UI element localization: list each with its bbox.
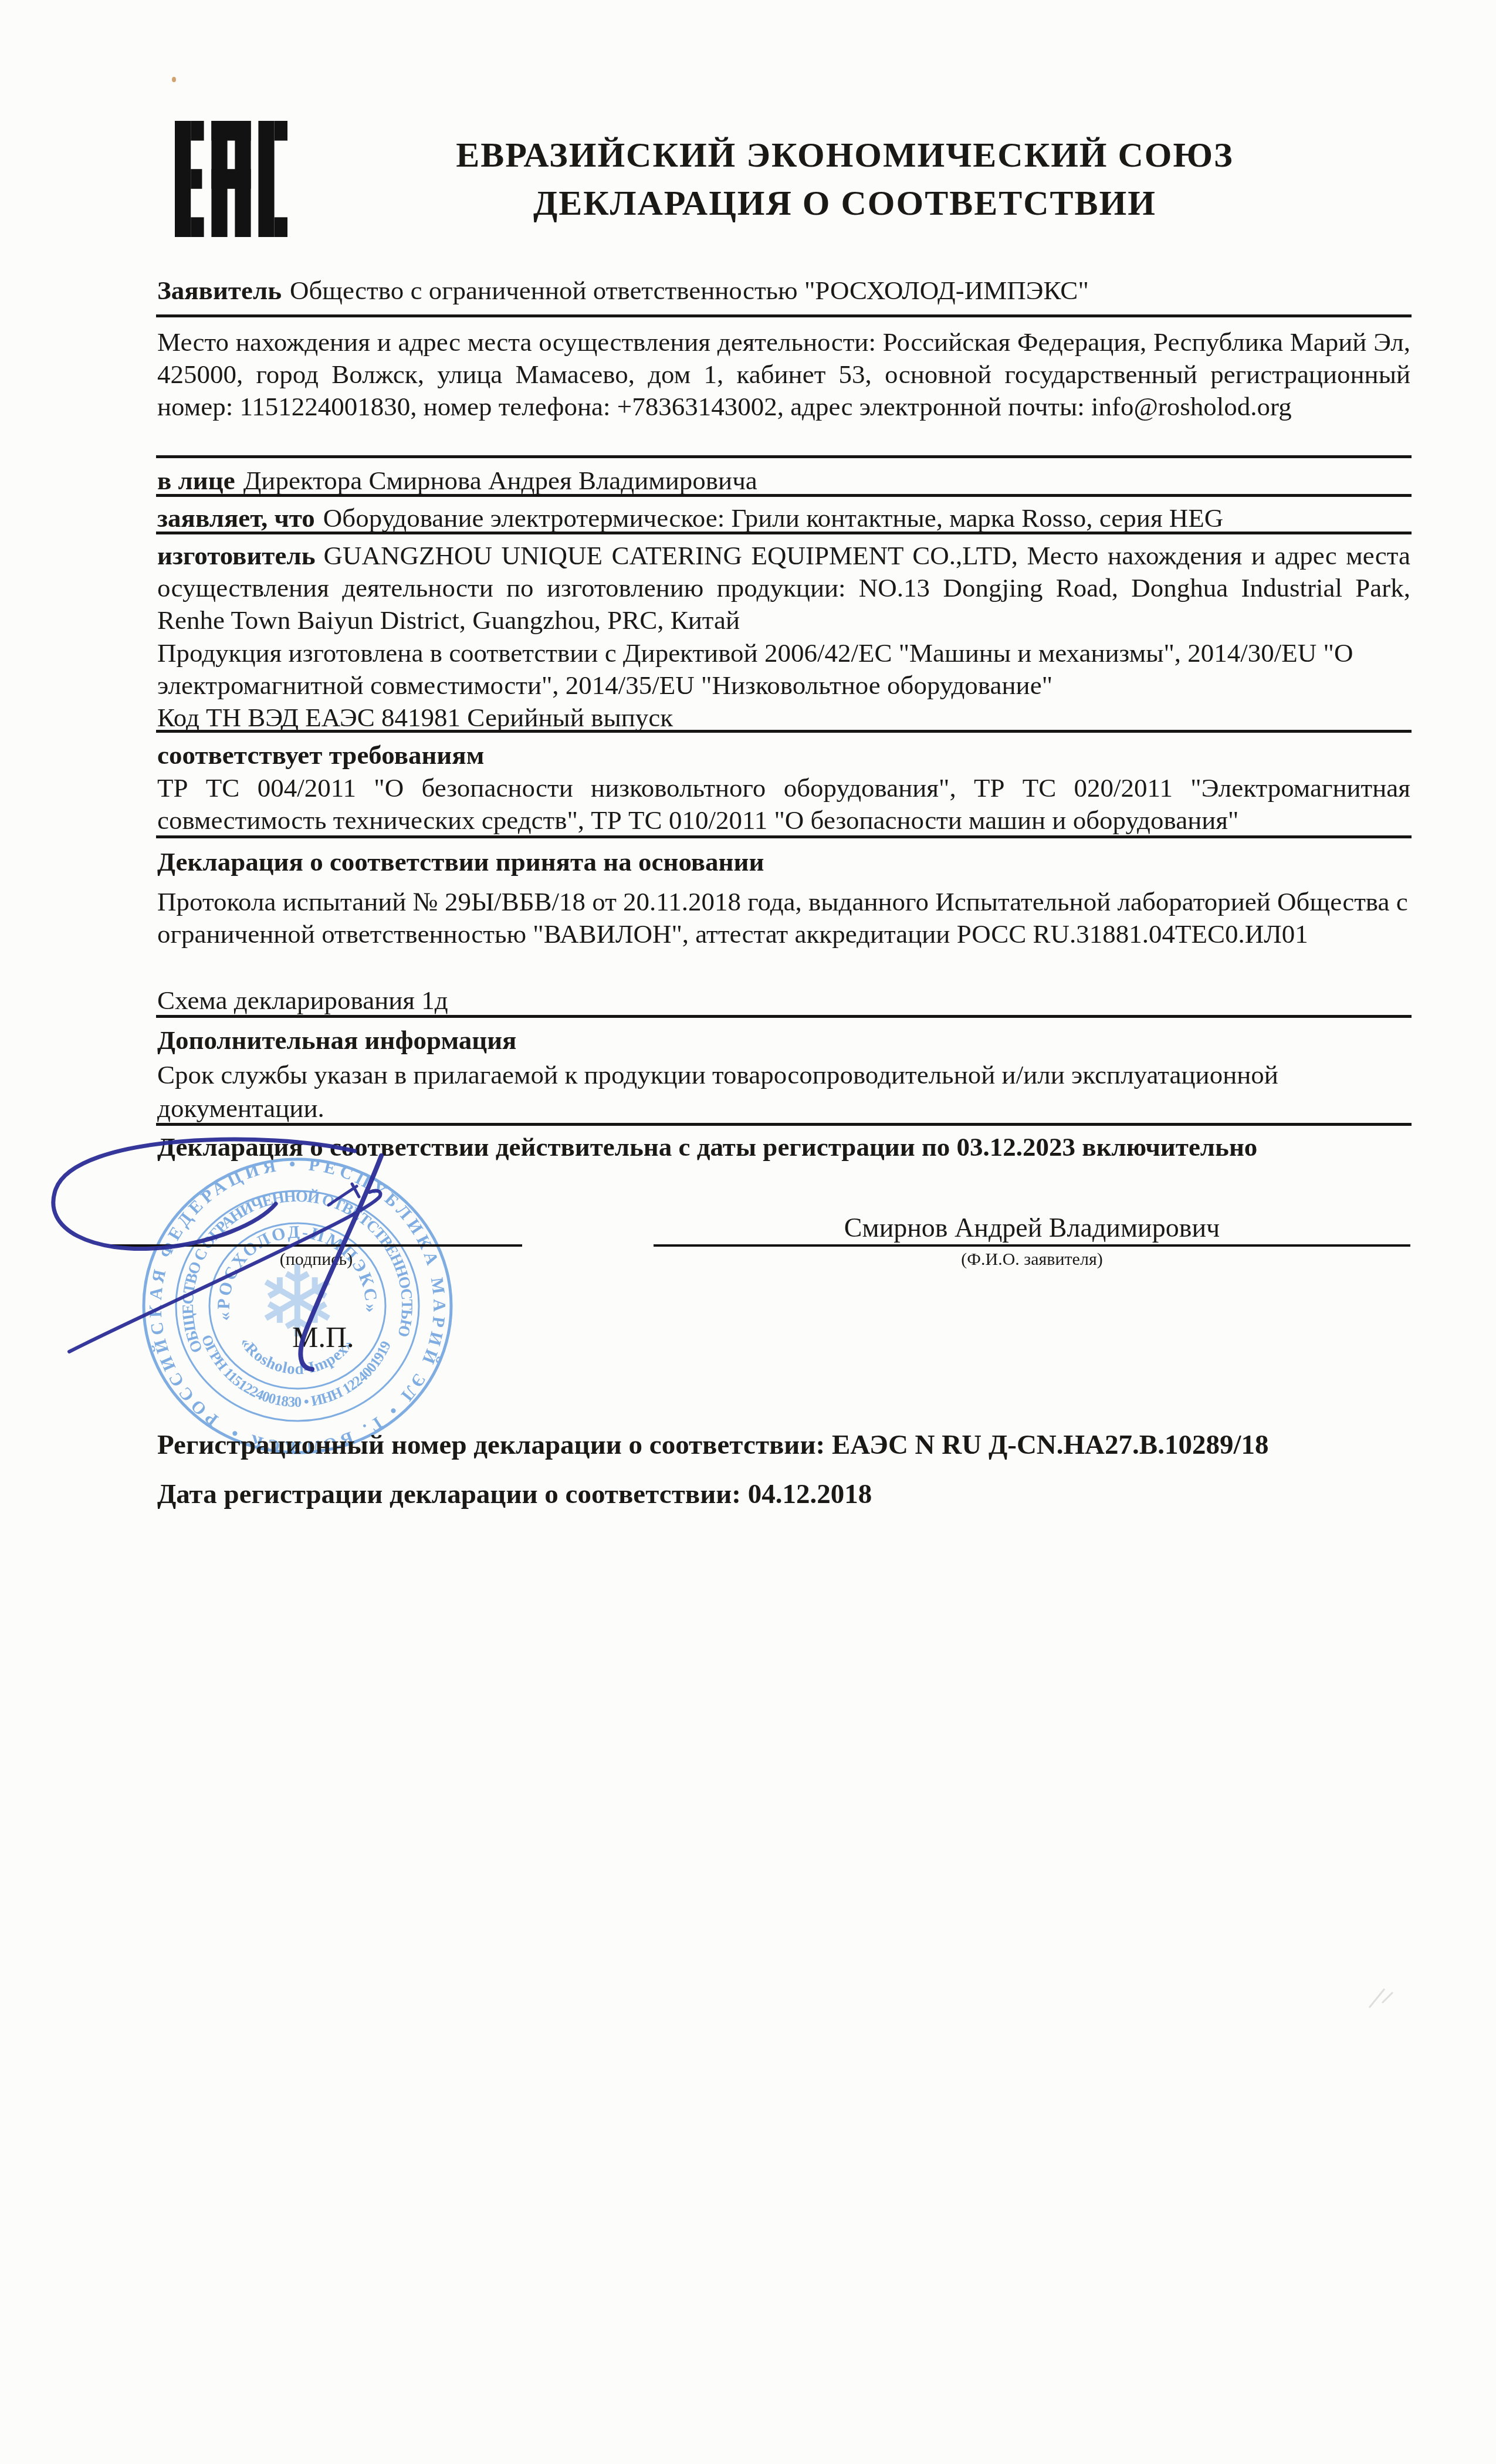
- applicant-label: Заявитель: [157, 276, 282, 305]
- declaration-page: ЕВРАЗИЙСКИЙ ЭКОНОМИЧЕСКИЙ СОЮЗ ДЕКЛАРАЦИ…: [0, 0, 1496, 2464]
- in-person-value: Директора Смирнова Андрея Владимировича: [243, 466, 757, 495]
- document-title: ЕВРАЗИЙСКИЙ ЭКОНОМИЧЕСКИЙ СОЮЗ ДЕКЛАРАЦИ…: [317, 133, 1373, 225]
- signer-name: Смирнов Андрей Владимирович: [654, 1212, 1410, 1243]
- basis-paragraph: Протокола испытаний № 29Ы/ВБВ/18 от 20.1…: [157, 886, 1410, 950]
- corresponds-heading: соответствует требованиям: [157, 739, 1410, 771]
- in-person-label: в лице: [157, 466, 235, 495]
- handwritten-signature: [23, 1128, 481, 1380]
- applicant-value: Общество с ограниченной ответственностью…: [290, 276, 1089, 305]
- title-declaration: ДЕКЛАРАЦИЯ О СООТВЕТСТВИИ: [317, 181, 1373, 225]
- eac-logo: [175, 121, 287, 237]
- declares-row: заявляет, чтоОборудование электротермиче…: [157, 502, 1410, 534]
- section-divider: [156, 532, 1412, 534]
- address-paragraph: Место нахождения и адрес места осуществл…: [157, 326, 1410, 423]
- registration-date-line: Дата регистрации декларации о соответств…: [157, 1478, 1448, 1510]
- in-person-row: в лицеДиректора Смирнова Андрея Владимир…: [157, 465, 1410, 497]
- additional-heading: Дополнительная информация: [157, 1024, 1410, 1057]
- section-divider: [156, 1123, 1412, 1126]
- declares-label: заявляет, что: [157, 503, 315, 533]
- manufacturer-label: изготовитель: [157, 541, 315, 570]
- section-divider: [156, 1015, 1412, 1018]
- additional-paragraph: Срок службы указан в прилагаемой к проду…: [157, 1058, 1410, 1125]
- section-divider: [156, 494, 1412, 497]
- title-union: ЕВРАЗИЙСКИЙ ЭКОНОМИЧЕСКИЙ СОЮЗ: [317, 133, 1373, 177]
- section-divider: [156, 314, 1412, 317]
- requirements-paragraph: ТР ТС 004/2011 "О безопасности низковоль…: [157, 772, 1410, 837]
- scheme-row: Схема декларирования 1д: [157, 984, 1410, 1017]
- section-divider: [156, 835, 1412, 838]
- section-divider: [156, 455, 1412, 458]
- signer-name-caption: (Ф.И.О. заявителя): [654, 1250, 1410, 1270]
- declares-value: Оборудование электротермическое: Грили к…: [323, 503, 1223, 533]
- scan-scratch: [1367, 1985, 1395, 2010]
- applicant-row: ЗаявительОбщество с ограниченной ответст…: [157, 275, 1410, 307]
- tnved-row: Код ТН ВЭД ЕАЭС 841981 Серийный выпуск: [157, 702, 1410, 734]
- section-divider: [156, 730, 1412, 733]
- registration-number-line: Регистрационный номер декларации о соотв…: [157, 1429, 1448, 1461]
- signer-name-line: [654, 1244, 1410, 1247]
- scan-speck: [172, 77, 176, 82]
- production-paragraph: Продукция изготовлена в соответствии с Д…: [157, 637, 1410, 702]
- basis-heading: Декларация о соответствии принята на осн…: [157, 846, 1410, 878]
- manufacturer-paragraph: изготовительGUANGZHOU UNIQUE CATERING EQ…: [157, 540, 1410, 637]
- manufacturer-value: GUANGZHOU UNIQUE CATERING EQUIPMENT CO.,…: [157, 541, 1410, 635]
